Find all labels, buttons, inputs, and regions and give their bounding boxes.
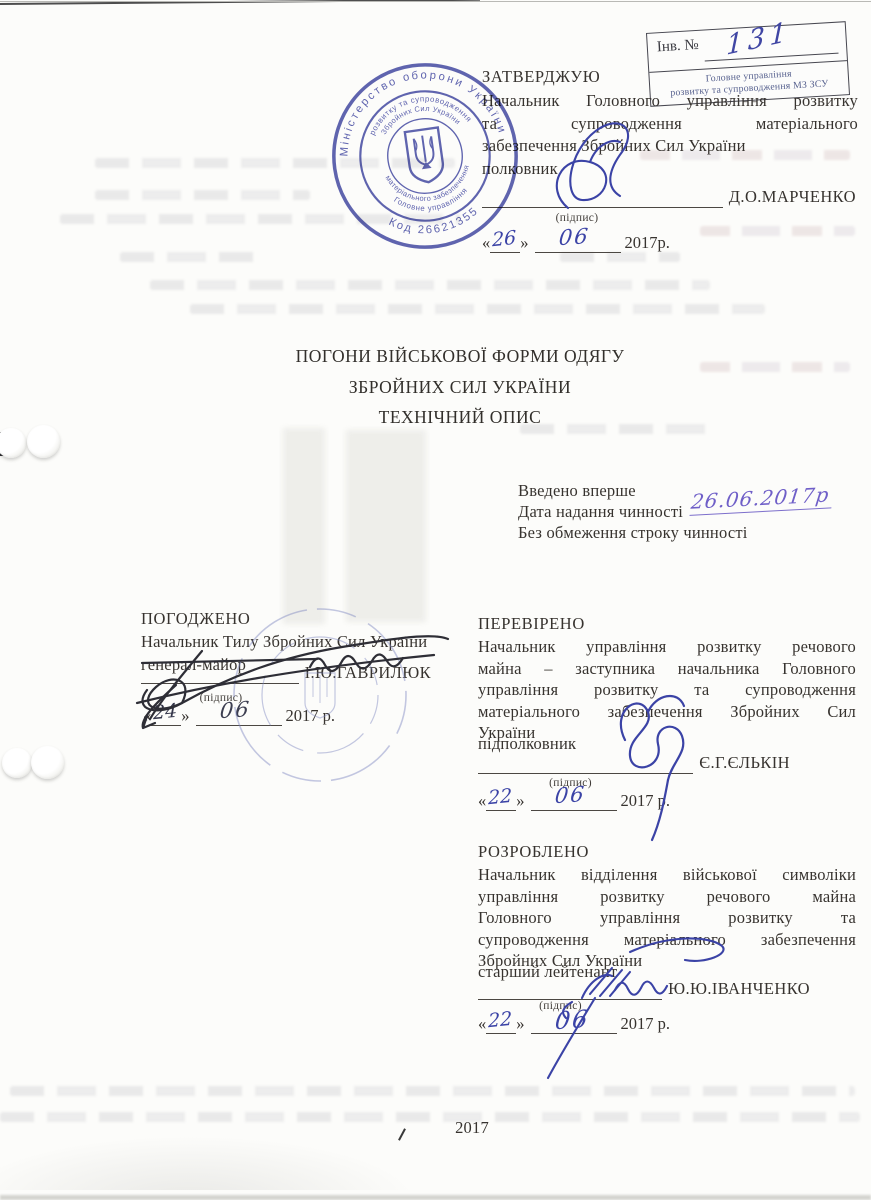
hole-punch	[31, 746, 64, 779]
bleed-through-text	[560, 252, 680, 262]
developed-position-line: Начальник відділення військової символік…	[478, 864, 856, 886]
trident-emblem	[405, 127, 445, 184]
approval-name: Д.О.МАРЧЕНКО	[729, 186, 856, 208]
validity-date-handwritten: 26.06.2017р	[689, 482, 834, 516]
signature-marchenko	[540, 112, 690, 227]
signature-yelkin	[580, 680, 730, 845]
hole-punch	[2, 748, 32, 778]
checked-position-line: майна – заступника начальника Головного	[478, 658, 856, 680]
checked-date-day-slot: 22	[486, 790, 516, 811]
paper-curl-shadow	[0, 1135, 420, 1190]
developed-position-line: Головного управління розвитку та	[478, 907, 856, 929]
bleed-through-text	[0, 1112, 860, 1122]
bleed-through-text	[150, 280, 710, 290]
quote-open: «	[478, 1014, 486, 1034]
checked-heading: ПЕРЕВІРЕНО	[478, 613, 585, 635]
scan-bottom-strip	[0, 1195, 871, 1200]
checked-position-line: Начальник управління розвитку речового	[478, 636, 856, 658]
approval-date-month-slot: 06	[535, 232, 621, 253]
quote-open: «	[478, 791, 486, 811]
bleed-through-text	[190, 304, 765, 314]
approval-date-month-handwritten: 06	[557, 224, 590, 250]
validity-line3: Без обмеження строку чинності	[518, 522, 748, 544]
developed-date-day-slot: 22	[486, 1013, 516, 1034]
ministry-of-defence-seal: Міністерство оборони України Код 2662135…	[314, 45, 535, 266]
quote-close: »	[516, 791, 524, 811]
developed-heading: РОЗРОБЛЕНО	[478, 841, 589, 863]
hole-punch	[27, 425, 60, 458]
checked-date-day-handwritten: 22	[488, 785, 512, 810]
signature-ivanchenko	[520, 928, 730, 1088]
approval-position-line: Начальник Головного управління розвитку	[482, 90, 858, 113]
signature-havryliuk	[112, 615, 452, 745]
title-line-1: ПОГОНИ ВІЙСЬКОВОЇ ФОРМИ ОДЯГУ	[220, 341, 700, 372]
bleed-through-text	[95, 190, 310, 200]
bleed-through-text	[120, 252, 255, 262]
scanned-document-page: Інв. № 131 Головне управління розвитку т…	[0, 0, 871, 1200]
developed-date-day-handwritten: 22	[488, 1008, 512, 1033]
bleed-through-text	[700, 362, 850, 372]
validity-line1: Введено вперше	[518, 480, 636, 502]
footer-year: 2017	[432, 1117, 512, 1139]
hole-punch	[0, 428, 26, 458]
developed-position-line: управління розвитку речового майна	[478, 886, 856, 908]
inventory-number-line	[705, 53, 839, 62]
title-line-2: ЗБРОЙНИХ СИЛ УКРАЇНИ	[220, 372, 700, 403]
bleed-through-text	[700, 226, 855, 236]
document-title: ПОГОНИ ВІЙСЬКОВОЇ ФОРМИ ОДЯГУ ЗБРОЙНИХ С…	[220, 341, 700, 433]
inventory-label: Інв. №	[656, 37, 699, 56]
validity-line2: Дата надання чинності	[518, 501, 683, 523]
approval-date-year: 2017р.	[625, 233, 670, 253]
bleed-through-band	[346, 430, 426, 622]
title-line-3: ТЕХНІЧНИЙ ОПИС	[220, 402, 700, 433]
scan-edge-line-light	[0, 1, 871, 2]
